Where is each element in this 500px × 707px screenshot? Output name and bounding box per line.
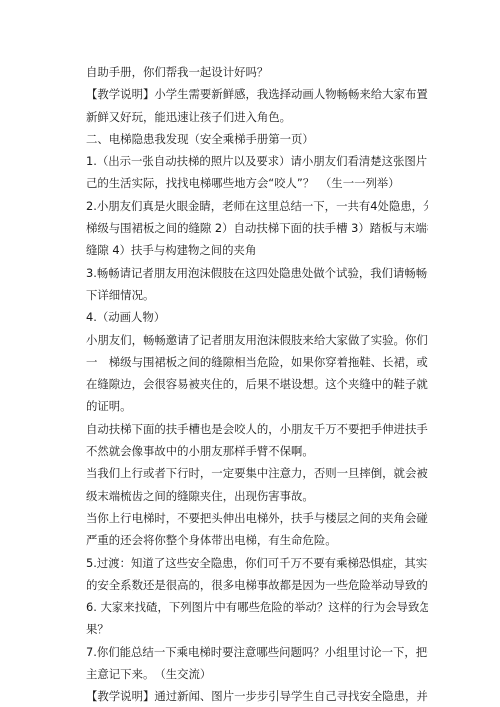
- text-line: 一 梯级与围裙板之间的缝隙相当危险，如果你穿着拖鞋、长裙，或者把脚贴: [86, 351, 428, 373]
- document-page: 自助手册，你们帮我一起设计好吗？ 【教学说明】小学生需要新鲜感，我选择动画人物畅…: [86, 61, 428, 707]
- text-line: 3.畅畅请记者朋友用泡沫假肢在这四处隐患处做个试验，我们请畅畅来介绍一: [86, 262, 428, 284]
- text-line: 自动扶梯下面的扶手槽也是会咬人的，小朋友千万不要把手伸进扶手槽里，要: [86, 418, 428, 440]
- text-line: 5.过渡：知道了这些安全隐患，你们可千万不要有乘梯恐惧症，其实很多电梯: [86, 552, 428, 574]
- text-line: 梯级与围裙板之间的缝隙 2）自动扶梯下面的扶手槽 3）踏板与末端梳齿板间: [86, 217, 428, 239]
- text-line: 主意记下来。 （生交流）: [86, 663, 428, 685]
- text-line: 己的生活实际，找找电梯哪些地方会“咬人”？ （生一一列举）: [86, 172, 428, 194]
- text-line: 严重的还会将你整个身体带出电梯，有生命危险。: [86, 529, 428, 551]
- teaching-note-line: 【教学说明】通过新闻、图片一步步引导学生自己寻找安全隐患，并想出避免: [86, 685, 428, 707]
- text-line: 1.（出示一张自动扶梯的照片以及要求）请小朋友们看清楚这张图片，结合自: [86, 150, 428, 172]
- text-line: 的证明。: [86, 395, 428, 417]
- text-line: 缝隙 4）扶手与构建物之间的夹角: [86, 239, 428, 261]
- text-line: 当你上行电梯时，不要把头伸出电梯外，扶手与楼层之间的夹角会碰破你的头，: [86, 507, 428, 529]
- text-line: 4.（动画人物）: [86, 306, 428, 328]
- text-line: 7.你们能总结一下乘电梯时要注意哪些问题吗？小组里讨论一下，把你们的好: [86, 641, 428, 663]
- text-line: 在缝隙边，会很容易被夹住的，后果不堪设想。这个夹缝中的鞋子就是个有力: [86, 373, 428, 395]
- text-line: 下详细情况。: [86, 284, 428, 306]
- text-line: 当我们上行或者下行时，一定要集中注意力，否则一旦摔倒，就会被踏板与梯: [86, 462, 428, 484]
- text-line: 2.小朋友们真是火眼金睛，老师在这里总结一下，一共有4处隐患，分别是： 1）: [86, 195, 428, 217]
- text-line: 新鲜又好玩，能迅速让孩子们进入角色。: [86, 106, 428, 128]
- text-line: 小朋友们，畅畅邀请了记者朋友用泡沫假肢来给大家做了实验。你们看一: [86, 329, 428, 351]
- text-line: 不然就会像事故中的小朋友那样手臂不保啊。: [86, 440, 428, 462]
- text-line: 的安全系数还是很高的，很多电梯事故都是因为一些危险举动导致的。: [86, 574, 428, 596]
- text-line: 级末端梳齿之间的缝隙夹住，出现伤害事故。: [86, 485, 428, 507]
- section-heading: 二、电梯隐患我发现（安全乘梯手册第一页）: [86, 128, 428, 150]
- text-line: 自助手册，你们帮我一起设计好吗？: [86, 61, 428, 83]
- text-line: 6. 大家来找碴，下列图片中有哪些危险的举动？这样的行为会导致怎样的后: [86, 596, 428, 618]
- text-line: 果？: [86, 618, 428, 640]
- teaching-note-line: 【教学说明】小学生需要新鲜感，我选择动画人物畅畅来给大家布置任务，既: [86, 83, 428, 105]
